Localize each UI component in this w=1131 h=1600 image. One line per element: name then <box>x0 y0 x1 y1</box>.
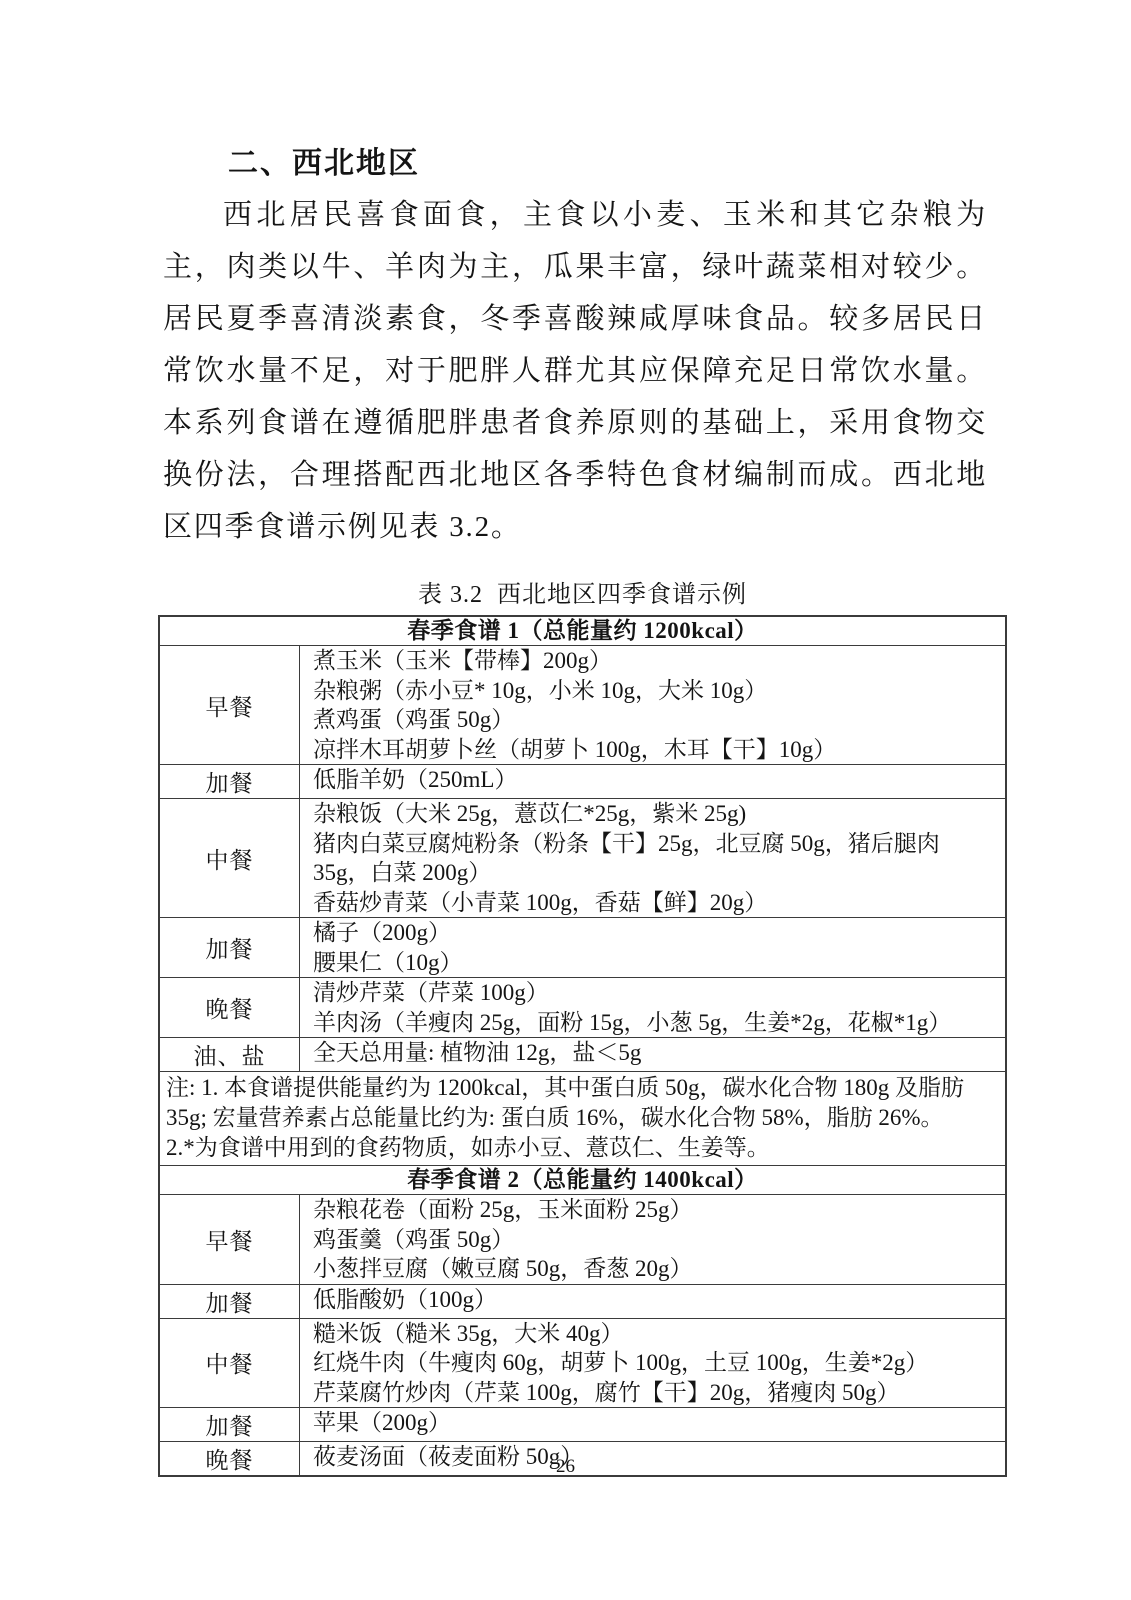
dish-line: 腰果仁（10g） <box>313 948 997 978</box>
dish-line: 低脂酸奶（100g） <box>313 1285 997 1315</box>
meal-label-cell: 早餐 <box>160 646 300 764</box>
meal-label-cell: 中餐 <box>160 799 300 917</box>
table-row: 中餐糙米饭（糙米 35g，大米 40g）红烧牛肉（牛瘦肉 60g，胡萝卜 100… <box>160 1318 1005 1408</box>
meal-label-cell: 加餐 <box>160 918 300 977</box>
page-number: 26 <box>0 1456 1131 1478</box>
dish-line: 红烧牛肉（牛瘦肉 60g，胡萝卜 100g，土豆 100g，生姜*2g） <box>313 1348 997 1378</box>
table-caption: 表 3.2 西北地区四季食谱示例 <box>158 574 1007 609</box>
table-section-header: 春季食谱 2（总能量约 1400kcal） <box>160 1165 1005 1194</box>
meal-label-cell: 中餐 <box>160 1319 300 1408</box>
meal-label-cell: 油、盐 <box>160 1038 300 1071</box>
document-page: 二、西北地区 西北居民喜食面食，主食以小麦、玉米和其它杂粮为主，肉类以牛、羊肉为… <box>0 0 1131 1600</box>
table-row: 中餐杂粮饭（大米 25g，薏苡仁*25g，紫米 25g)猪肉白菜豆腐炖粉条（粉条… <box>160 798 1005 917</box>
intro-paragraph: 西北居民喜食面食，主食以小麦、玉米和其它杂粮为主，肉类以牛、羊肉为主，瓜果丰富，… <box>163 189 987 553</box>
meal-content-cell: 低脂羊奶（250mL） <box>300 765 1005 798</box>
dish-line: 小葱拌豆腐（嫩豆腐 50g，香葱 20g） <box>313 1254 997 1284</box>
dish-line: 全天总用量: 植物油 12g，盐＜5g <box>313 1038 997 1068</box>
dish-line: 猪肉白菜豆腐炖粉条（粉条【干】25g，北豆腐 50g，猪后腿肉 35g，白菜 2… <box>313 829 997 888</box>
dish-line: 凉拌木耳胡萝卜丝（胡萝卜 100g，木耳【干】10g） <box>313 735 997 765</box>
meal-content-cell: 低脂酸奶（100g） <box>300 1285 1005 1318</box>
dish-line: 香菇炒青菜（小青菜 100g，香菇【鲜】20g） <box>313 888 997 918</box>
dish-line: 煮鸡蛋（鸡蛋 50g） <box>313 705 997 735</box>
meal-label-cell: 晚餐 <box>160 978 300 1037</box>
table-row: 早餐煮玉米（玉米【带棒】200g）杂粮粥（赤小豆* 10g，小米 10g，大米 … <box>160 645 1005 764</box>
meal-content-cell: 苹果（200g） <box>300 1408 1005 1441</box>
dish-line: 橘子（200g） <box>313 918 997 948</box>
dish-line: 清炒芹菜（芹菜 100g） <box>313 978 997 1008</box>
recipe-table: 春季食谱 1（总能量约 1200kcal）早餐煮玉米（玉米【带棒】200g）杂粮… <box>158 615 1007 1477</box>
meal-content-cell: 橘子（200g）腰果仁（10g） <box>300 918 1005 977</box>
table-section-header: 春季食谱 1（总能量约 1200kcal） <box>160 617 1005 645</box>
meal-label-cell: 加餐 <box>160 765 300 798</box>
meal-label-cell: 加餐 <box>160 1285 300 1318</box>
table-row: 加餐橘子（200g）腰果仁（10g） <box>160 917 1005 977</box>
table-note-line: 35g; 宏量营养素占总能量比约为: 蛋白质 16%，碳水化合物 58%，脂肪 … <box>166 1103 999 1133</box>
table-row: 加餐低脂羊奶（250mL） <box>160 764 1005 798</box>
table-row: 晚餐清炒芹菜（芹菜 100g）羊肉汤（羊瘦肉 25g，面粉 15g，小葱 5g，… <box>160 977 1005 1037</box>
meal-content-cell: 清炒芹菜（芹菜 100g）羊肉汤（羊瘦肉 25g，面粉 15g，小葱 5g，生姜… <box>300 978 1005 1037</box>
meal-content-cell: 糙米饭（糙米 35g，大米 40g）红烧牛肉（牛瘦肉 60g，胡萝卜 100g，… <box>300 1319 1005 1408</box>
dish-line: 苹果（200g） <box>313 1408 997 1438</box>
meal-content-cell: 煮玉米（玉米【带棒】200g）杂粮粥（赤小豆* 10g，小米 10g，大米 10… <box>300 646 1005 764</box>
meal-label-cell: 加餐 <box>160 1408 300 1441</box>
dish-line: 杂粮粥（赤小豆* 10g，小米 10g，大米 10g） <box>313 676 997 706</box>
table-row: 加餐苹果（200g） <box>160 1407 1005 1441</box>
table-note: 注: 1. 本食谱提供能量约为 1200kcal，其中蛋白质 50g，碳水化合物… <box>160 1071 1005 1165</box>
meal-label-cell: 早餐 <box>160 1195 300 1284</box>
table-row: 加餐低脂酸奶（100g） <box>160 1284 1005 1318</box>
dish-line: 低脂羊奶（250mL） <box>313 765 997 795</box>
dish-line: 煮玉米（玉米【带棒】200g） <box>313 646 997 676</box>
table-note-line: 注: 1. 本食谱提供能量约为 1200kcal，其中蛋白质 50g，碳水化合物… <box>166 1073 999 1103</box>
meal-content-cell: 杂粮花卷（面粉 25g，玉米面粉 25g）鸡蛋羹（鸡蛋 50g）小葱拌豆腐（嫩豆… <box>300 1195 1005 1284</box>
section-heading: 二、西北地区 <box>228 146 420 182</box>
meal-content-cell: 全天总用量: 植物油 12g，盐＜5g <box>300 1038 1005 1071</box>
dish-line: 杂粮花卷（面粉 25g，玉米面粉 25g） <box>313 1195 997 1225</box>
meal-content-cell: 杂粮饭（大米 25g，薏苡仁*25g，紫米 25g)猪肉白菜豆腐炖粉条（粉条【干… <box>300 799 1005 917</box>
dish-line: 羊肉汤（羊瘦肉 25g，面粉 15g，小葱 5g，生姜*2g，花椒*1g） <box>313 1008 997 1038</box>
table-note-line: 2.*为食谱中用到的食药物质，如赤小豆、薏苡仁、生姜等。 <box>166 1133 999 1163</box>
dish-line: 鸡蛋羹（鸡蛋 50g） <box>313 1225 997 1255</box>
dish-line: 糙米饭（糙米 35g，大米 40g） <box>313 1319 997 1349</box>
table-row: 早餐杂粮花卷（面粉 25g，玉米面粉 25g）鸡蛋羹（鸡蛋 50g）小葱拌豆腐（… <box>160 1194 1005 1284</box>
dish-line: 杂粮饭（大米 25g，薏苡仁*25g，紫米 25g) <box>313 799 997 829</box>
dish-line: 芹菜腐竹炒肉（芹菜 100g，腐竹【干】20g，猪瘦肉 50g） <box>313 1378 997 1408</box>
table-row: 油、盐全天总用量: 植物油 12g，盐＜5g <box>160 1037 1005 1071</box>
